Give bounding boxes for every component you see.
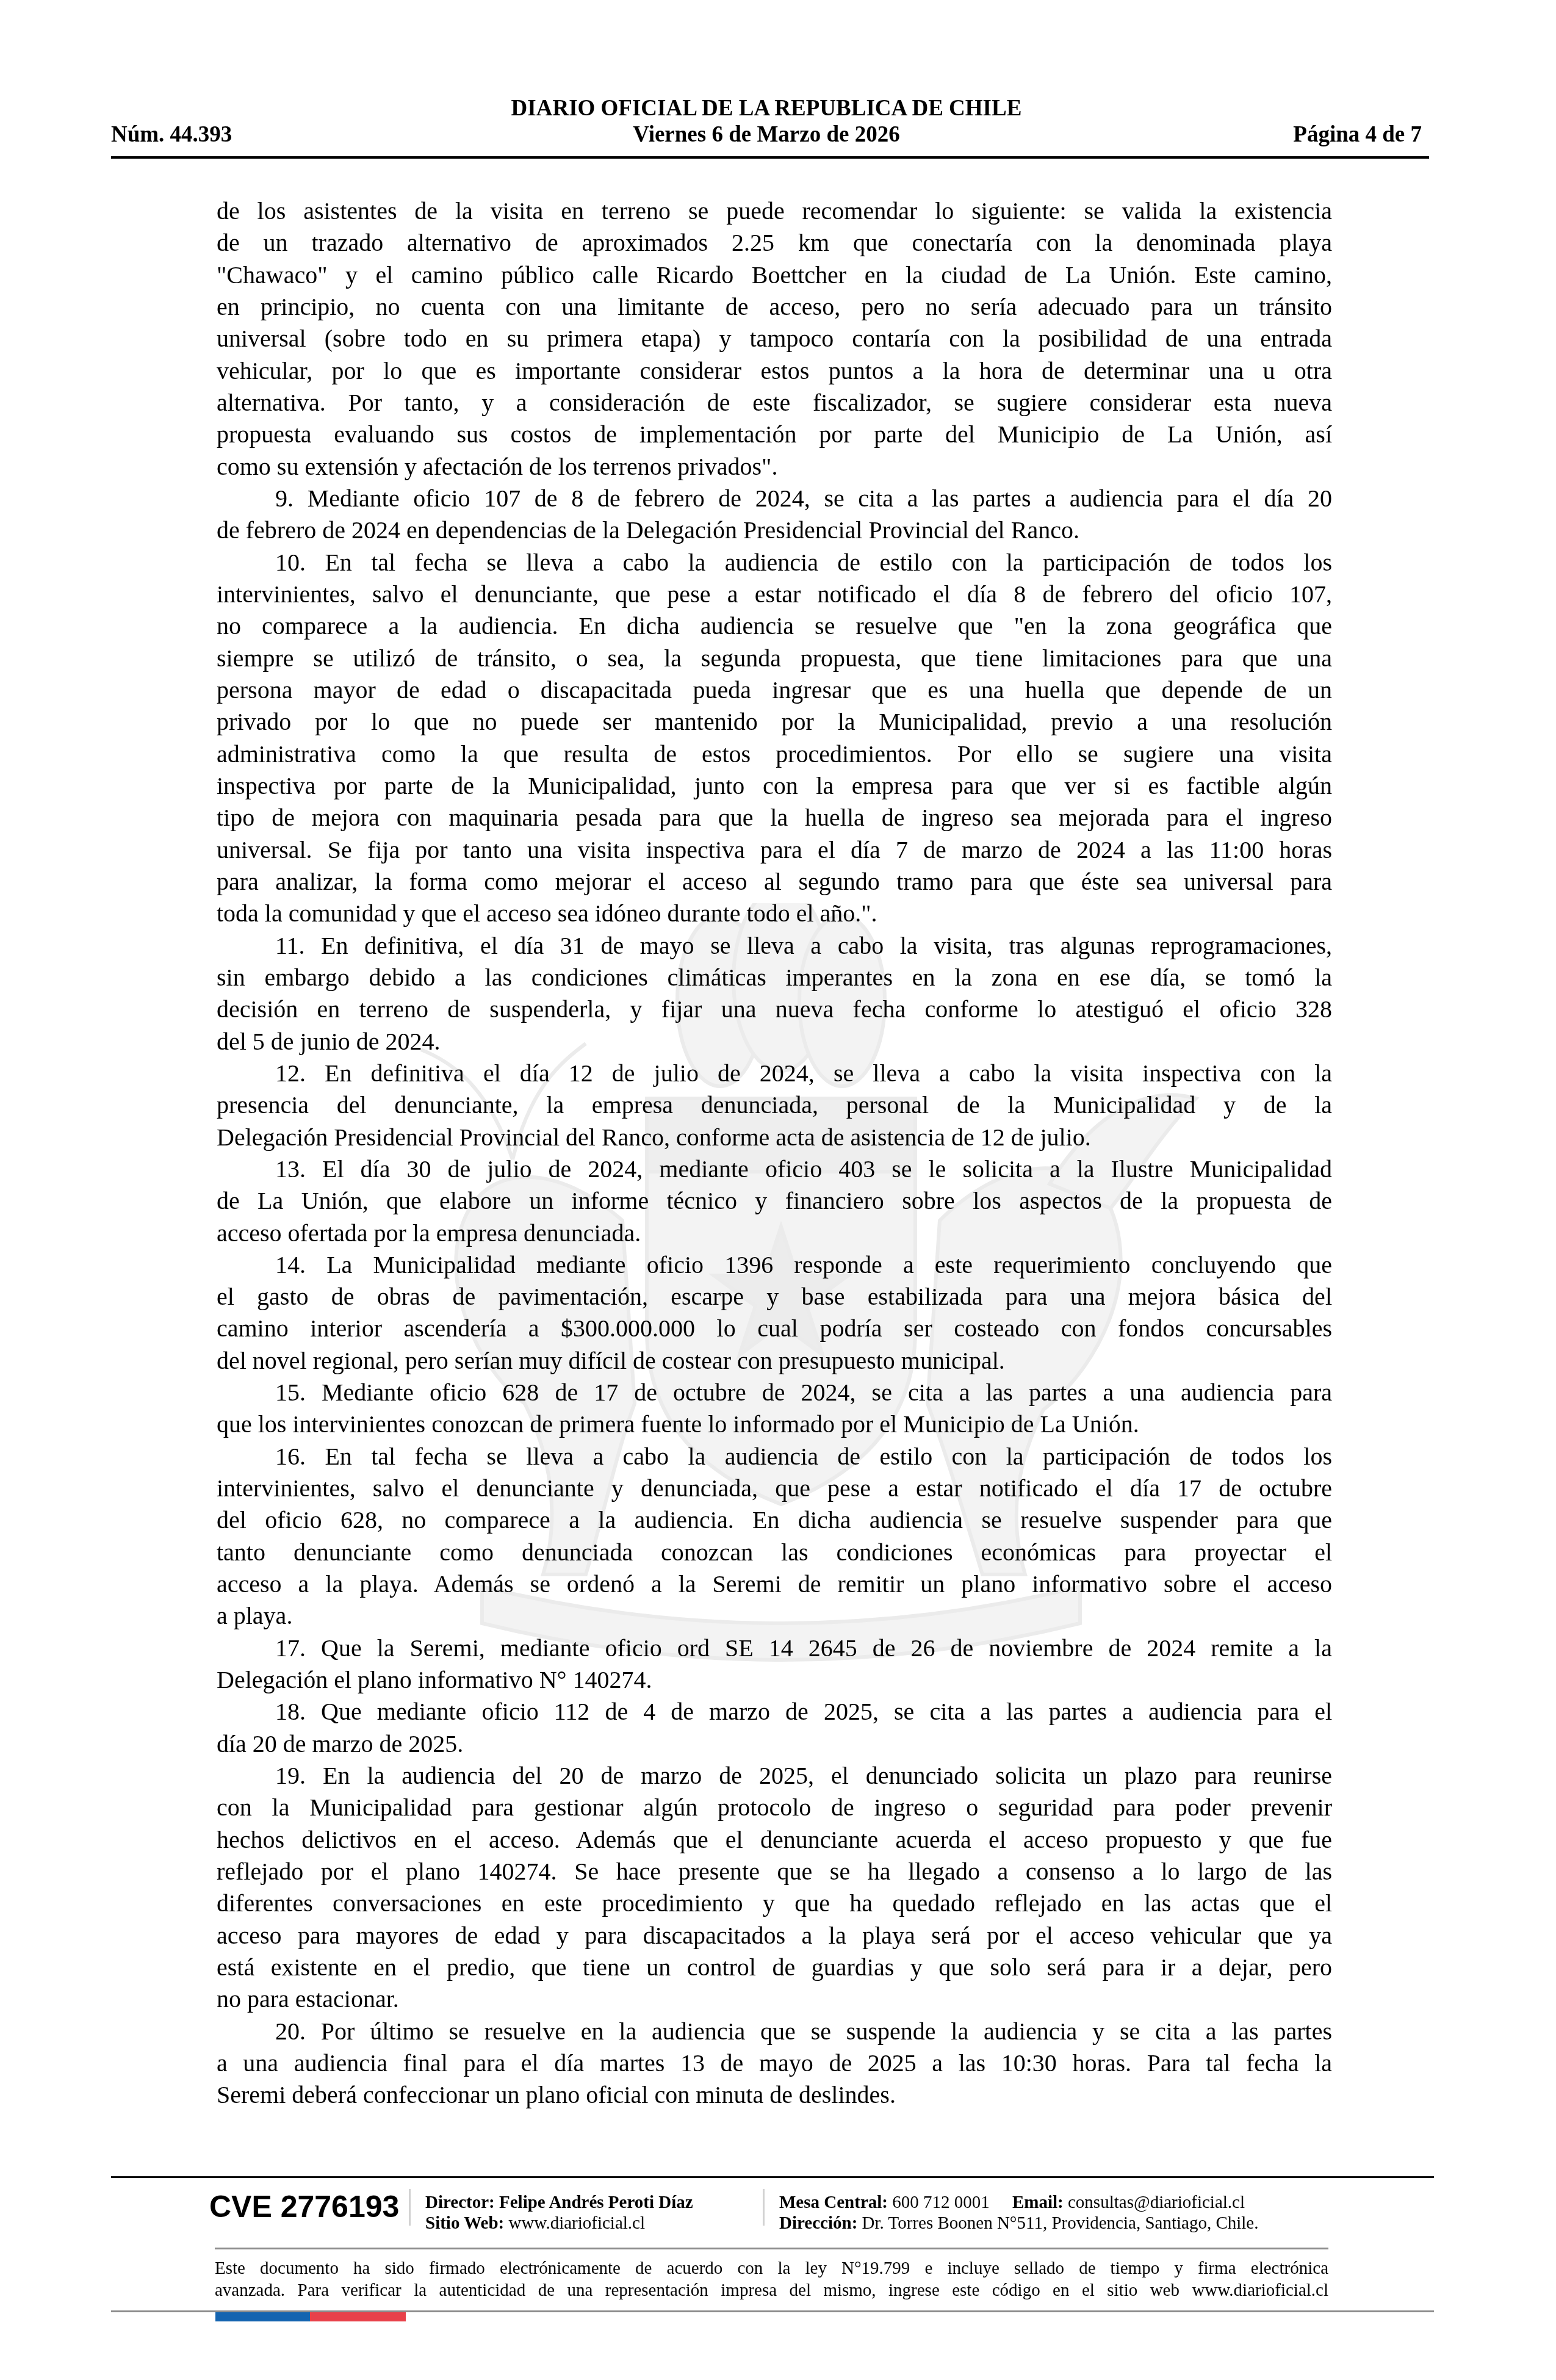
address-row: Dirección: Dr. Torres Boonen N°511, Prov… <box>779 2213 1258 2234</box>
header-title: DIARIO OFICIAL DE LA REPUBLICA DE CHILE <box>111 95 1422 121</box>
body-line: sin embargo debido a las condiciones cli… <box>217 962 1332 993</box>
paragraph: 11. En definitiva, el día 31 de mayo se … <box>217 930 1332 1058</box>
signature-disclaimer: Este documento ha sido firmado electróni… <box>215 2257 1328 2301</box>
phone-number: 600 712 0001 <box>892 2193 990 2212</box>
header-rule <box>111 156 1429 159</box>
footer-separator <box>763 2189 765 2226</box>
body-line: está existente en el predio, que tiene u… <box>217 1952 1332 1983</box>
body-line: del novel regional, pero serían muy difí… <box>217 1345 1332 1377</box>
body-line: de un trazado alternativo de aproximados… <box>217 227 1332 259</box>
body-line: privado por lo que no puede ser mantenid… <box>217 706 1332 738</box>
email-link[interactable]: consultas@diarioficial.cl <box>1068 2193 1245 2212</box>
body-line: a una audiencia final para el día martes… <box>217 2047 1332 2079</box>
director-name: Felipe Andrés Peroti Díaz <box>499 2193 693 2212</box>
disclaimer-line: Este documento ha sido firmado electróni… <box>215 2257 1328 2279</box>
body-line: Delegación Presidencial Provincial del R… <box>217 1122 1332 1153</box>
page-number: Página 4 de 7 <box>1293 121 1422 148</box>
body-line: intervinientes, salvo el denunciante y d… <box>217 1473 1332 1504</box>
body-line: 17. Que la Seremi, mediante oficio ord S… <box>217 1632 1332 1664</box>
body-line: tipo de mejora con maquinaria pesada par… <box>217 802 1332 834</box>
body-line: 9. Mediante oficio 107 de 8 de febrero d… <box>217 483 1332 514</box>
body-line: 20. Por último se resuelve en la audienc… <box>217 2016 1332 2047</box>
body-line: intervinientes, salvo el denunciante, qu… <box>217 579 1332 610</box>
flag-stripe-red <box>310 2312 406 2321</box>
director-row: Director: Felipe Andrés Peroti Díaz <box>425 2192 693 2213</box>
paragraph: 14. La Municipalidad mediante oficio 139… <box>217 1249 1332 1377</box>
document-page: DIARIO OFICIAL DE LA REPUBLICA DE CHILE … <box>0 0 1556 2380</box>
body-line: en principio, no cuenta con una limitant… <box>217 291 1332 323</box>
footer-contact-block: Mesa Central: 600 712 0001 Email: consul… <box>779 2192 1258 2234</box>
body-line: 15. Mediante oficio 628 de 17 de octubre… <box>217 1377 1332 1408</box>
body-line: 10. En tal fecha se lleva a cabo la audi… <box>217 547 1332 579</box>
body-line: 12. En definitiva el día 12 de julio de … <box>217 1058 1332 1089</box>
paragraph: 15. Mediante oficio 628 de 17 de octubre… <box>217 1377 1332 1441</box>
address-label: Dirección: <box>779 2213 857 2233</box>
body-line: de los asistentes de la visita en terren… <box>217 195 1332 227</box>
body-line: 13. El día 30 de julio de 2024, mediante… <box>217 1153 1332 1185</box>
body-line: administrativa como la que resulta de es… <box>217 738 1332 770</box>
body-line: alternativa. Por tanto, y a consideració… <box>217 387 1332 419</box>
body-line: tanto denunciante como denunciada conozc… <box>217 1537 1332 1568</box>
body-line: Seremi deberá confeccionar un plano ofic… <box>217 2079 1332 2111</box>
paragraph: 10. En tal fecha se lleva a cabo la audi… <box>217 547 1332 930</box>
address-text: Dr. Torres Boonen N°511, Providencia, Sa… <box>862 2213 1259 2233</box>
phone-label: Mesa Central: <box>779 2193 888 2212</box>
paragraph: 12. En definitiva el día 12 de julio de … <box>217 1058 1332 1153</box>
body-line: propuesta evaluando sus costos de implem… <box>217 419 1332 450</box>
cve-code: CVE 2776193 <box>209 2191 399 2222</box>
paragraph: 17. Que la Seremi, mediante oficio ord S… <box>217 1632 1332 1697</box>
body-line: reflejado por el plano 140274. Se hace p… <box>217 1856 1332 1888</box>
body-line: con la Municipalidad para gestionar algú… <box>217 1792 1332 1823</box>
body-text: de los asistentes de la visita en terren… <box>217 195 1332 2111</box>
body-line: camino interior ascendería a $300.000.00… <box>217 1313 1332 1344</box>
body-line: a playa. <box>217 1600 1332 1632</box>
paragraph: 18. Que mediante oficio 112 de 4 de marz… <box>217 1696 1332 1760</box>
body-line: diferentes conversaciones en este proced… <box>217 1888 1332 1919</box>
body-line: de febrero de 2024 en dependencias de la… <box>217 514 1332 546</box>
paragraph: de los asistentes de la visita en terren… <box>217 195 1332 483</box>
paragraph: 16. En tal fecha se lleva a cabo la audi… <box>217 1441 1332 1632</box>
body-line: como su extensión y afectación de los te… <box>217 451 1332 483</box>
body-line: no comparece a la audiencia. En dicha au… <box>217 610 1332 642</box>
body-line: inspectiva por parte de la Municipalidad… <box>217 770 1332 802</box>
footer-director-block: Director: Felipe Andrés Peroti Díaz Siti… <box>425 2192 693 2234</box>
body-line: acceso para mayores de edad y para disca… <box>217 1920 1332 1952</box>
disclaimer-line: avanzada. Para verificar la autenticidad… <box>215 2279 1328 2301</box>
body-line: vehicular, por lo que es importante cons… <box>217 355 1332 387</box>
body-line: que los intervinientes conozcan de prime… <box>217 1408 1332 1440</box>
body-line: hechos delictivos en el acceso. Además q… <box>217 1824 1332 1856</box>
body-line: acceso ofertada por la empresa denunciad… <box>217 1217 1332 1249</box>
body-line: 16. En tal fecha se lleva a cabo la audi… <box>217 1441 1332 1473</box>
flag-stripe-blue <box>215 2312 310 2321</box>
website-label: Sitio Web: <box>425 2213 504 2233</box>
footer-rule-middle <box>215 2248 1328 2249</box>
email-label: Email: <box>1012 2193 1064 2212</box>
footer-separator <box>409 2189 411 2226</box>
body-line: del oficio 628, no comparece a la audien… <box>217 1504 1332 1536</box>
body-line: 14. La Municipalidad mediante oficio 139… <box>217 1249 1332 1281</box>
body-line: día 20 de marzo de 2025. <box>217 1728 1332 1760</box>
body-line: universal (sobre todo en su primera etap… <box>217 323 1332 355</box>
body-line: persona mayor de edad o discapacitada pu… <box>217 674 1332 706</box>
body-line: siempre se utilizó de tránsito, o sea, l… <box>217 643 1332 674</box>
paragraph: 19. En la audiencia del 20 de marzo de 2… <box>217 1760 1332 2016</box>
body-line: para analizar, la forma como mejorar el … <box>217 866 1332 898</box>
director-label: Director: <box>425 2193 495 2212</box>
footer-rule-top <box>111 2176 1434 2178</box>
body-line: 11. En definitiva, el día 31 de mayo se … <box>217 930 1332 962</box>
website-link[interactable]: www.diarioficial.cl <box>508 2213 645 2233</box>
body-line: presencia del denunciante, la empresa de… <box>217 1089 1332 1121</box>
body-line: toda la comunidad y que el acceso sea id… <box>217 898 1332 929</box>
body-line: de La Unión, que elabore un informe técn… <box>217 1185 1332 1217</box>
issue-date: Viernes 6 de Marzo de 2026 <box>111 121 1422 148</box>
website-row: Sitio Web: www.diarioficial.cl <box>425 2213 693 2234</box>
paragraph: 9. Mediante oficio 107 de 8 de febrero d… <box>217 483 1332 547</box>
body-line: 19. En la audiencia del 20 de marzo de 2… <box>217 1760 1332 1792</box>
header-meta-row: Núm. 44.393 Viernes 6 de Marzo de 2026 P… <box>111 121 1422 148</box>
body-line: 18. Que mediante oficio 112 de 4 de marz… <box>217 1696 1332 1728</box>
body-line: el gasto de obras de pavimentación, esca… <box>217 1281 1332 1313</box>
paragraph: 20. Por último se resuelve en la audienc… <box>217 2016 1332 2111</box>
body-line: del 5 de junio de 2024. <box>217 1026 1332 1058</box>
body-line: "Chawaco" y el camino público calle Rica… <box>217 259 1332 291</box>
body-line: acceso a la playa. Además se ordenó a la… <box>217 1568 1332 1600</box>
body-line: universal. Se fija por tanto una visita … <box>217 834 1332 866</box>
body-line: no para estacionar. <box>217 1983 1332 2015</box>
contact-row: Mesa Central: 600 712 0001 Email: consul… <box>779 2192 1258 2213</box>
paragraph: 13. El día 30 de julio de 2024, mediante… <box>217 1153 1332 1249</box>
body-line: decisión en terreno de suspenderla, y fi… <box>217 993 1332 1025</box>
body-line: Delegación el plano informativo N° 14027… <box>217 1664 1332 1696</box>
